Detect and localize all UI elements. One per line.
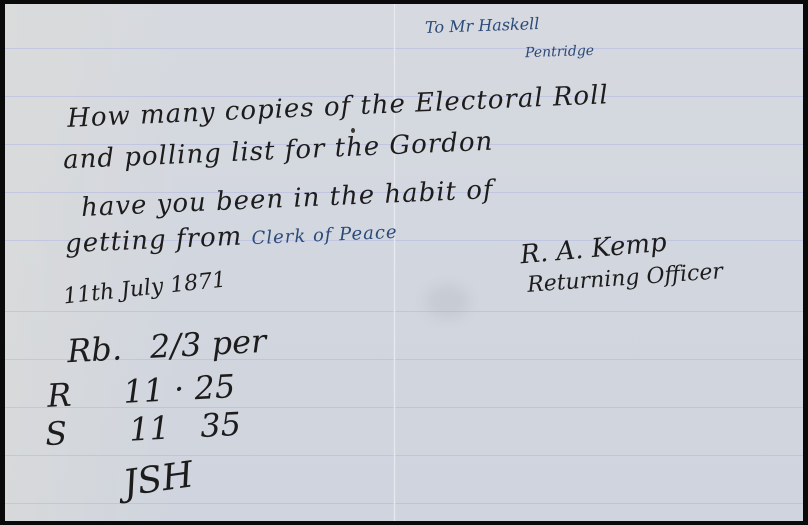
reply-label: S	[44, 414, 68, 453]
reply-initials: JSH	[120, 454, 196, 504]
body-line-4-black: getting from	[65, 222, 243, 260]
document-frame: To Mr Haskell Pentridge How many copies …	[0, 0, 808, 525]
ruled-line	[5, 455, 803, 456]
address-line-2: Pentridge	[525, 43, 595, 61]
body-line-2: and polling list for the Gordon	[63, 127, 494, 176]
reply-value: 11 35	[128, 405, 242, 449]
reply-label: Rb.	[66, 329, 123, 370]
ruled-line	[5, 503, 803, 504]
paper-fold	[393, 4, 396, 521]
ruled-line	[5, 48, 803, 49]
paper-sheet: To Mr Haskell Pentridge How many copies …	[5, 4, 803, 521]
body-line-3: have you been in the habit of	[81, 175, 495, 223]
body-line-4-blue: Clerk of Peace	[251, 222, 398, 249]
body-line-1: How many copies of the Electoral Roll	[67, 80, 610, 134]
reply-value: 11 · 25	[122, 367, 236, 411]
reply-row-1: Rb. 2/3 per	[66, 322, 267, 370]
reply-value: 2/3 per	[149, 322, 267, 366]
letter-date: 11th July 1871	[62, 268, 227, 310]
address-line-1: To Mr Haskell	[425, 14, 540, 37]
ruled-line	[5, 311, 803, 312]
paper-stain	[425, 284, 470, 319]
reply-label: R	[46, 376, 72, 415]
